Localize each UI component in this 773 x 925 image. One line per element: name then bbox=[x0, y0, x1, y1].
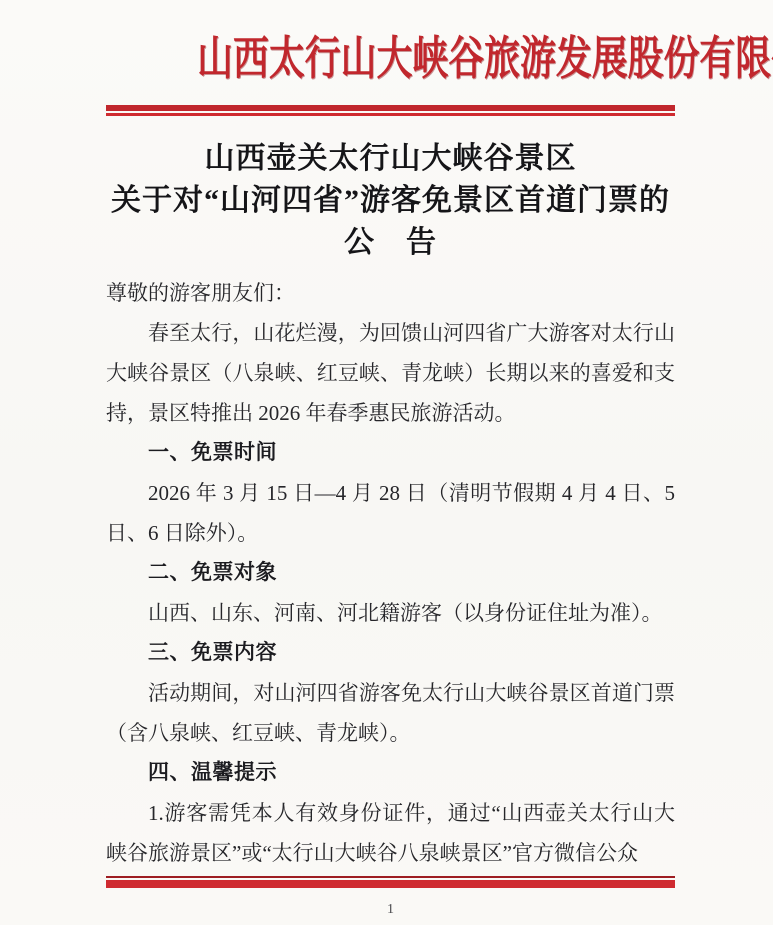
section-3-text: 活动期间，对山河四省游客免太行山大峡谷景区首道门票（含八泉峡、红豆峡、青龙峡）。 bbox=[106, 673, 675, 753]
intro-paragraph: 春至太行，山花烂漫，为回馈山河四省广大游客对太行山大峡谷景区（八泉峡、红豆峡、青… bbox=[106, 313, 675, 433]
title-line-3: 公 告 bbox=[106, 222, 675, 264]
letterhead-divider-rule bbox=[106, 105, 675, 116]
section-4-text: 1.游客需凭本人有效身份证件，通过“山西壶关太行山大峡谷旅游景区”或“太行山大峡… bbox=[106, 793, 675, 873]
notice-title: 山西壶关太行山大峡谷景区 关于对“山河四省”游客免景区首道门票的 公 告 bbox=[106, 138, 675, 264]
footer-divider-rule bbox=[106, 876, 675, 888]
section-3-heading: 三、免票内容 bbox=[106, 633, 675, 673]
notice-body: 尊敬的游客朋友们： 春至太行，山花烂漫，为回馈山河四省广大游客对太行山大峡谷景区… bbox=[106, 273, 675, 873]
title-line-2: 关于对“山河四省”游客免景区首道门票的 bbox=[106, 180, 675, 222]
section-2-text: 山西、山东、河南、河北籍游客（以身份证住址为准）。 bbox=[106, 593, 675, 633]
section-2-heading: 二、免票对象 bbox=[106, 553, 675, 593]
company-name: 山西太行山大峡谷旅游发展股份有限公司 bbox=[197, 20, 773, 98]
page-number: 1 bbox=[106, 902, 675, 918]
section-1-text: 2026 年 3 月 15 日—4 月 28 日（清明节假期 4 月 4 日、5… bbox=[106, 473, 675, 553]
letterhead: 山西太行山大峡谷旅游发展股份有限公司 bbox=[106, 20, 675, 98]
title-line-1: 山西壶关太行山大峡谷景区 bbox=[106, 138, 675, 180]
section-4-heading: 四、温馨提示 bbox=[106, 753, 675, 793]
document-page: 山西太行山大峡谷旅游发展股份有限公司 山西壶关太行山大峡谷景区 关于对“山河四省… bbox=[0, 0, 773, 925]
section-1-heading: 一、免票时间 bbox=[106, 433, 675, 473]
salutation: 尊敬的游客朋友们： bbox=[106, 273, 675, 313]
